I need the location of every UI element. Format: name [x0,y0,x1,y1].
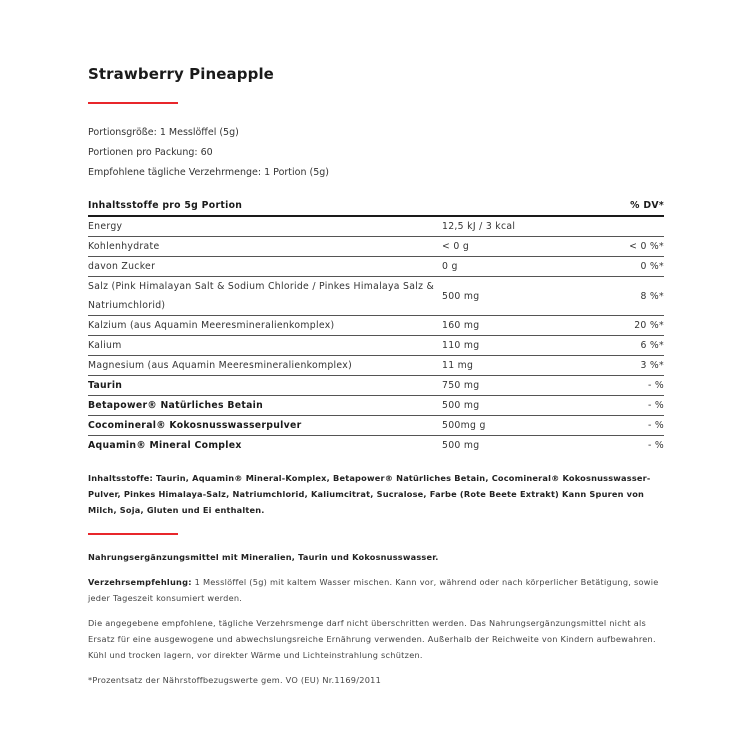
table-row: Taurin750 mg- % [88,376,664,396]
table-row: Kohlenhydrate< 0 g< 0 %* [88,237,664,257]
nutrient-name: Kalzium (aus Aquamin Meeresmineralienkom… [88,316,442,336]
header-name: Inhaltsstoffe pro 5g Portion [88,196,442,216]
nutrient-name: Salz (Pink Himalayan Salt & Sodium Chlor… [88,277,442,316]
table-row: davon Zucker0 g0 %* [88,257,664,277]
product-claim: Nahrungsergänzungsmittel mit Mineralien,… [88,549,664,565]
nutrient-name: Betapower® Natürliches Betain [88,396,442,416]
nutrient-dv: 6 %* [592,336,664,356]
serving-size: Portionsgröße: 1 Messlöffel (5g) [88,123,664,143]
servings-per-pack: Portionen pro Packung: 60 [88,143,664,163]
nutrient-amount: 160 mg [442,316,592,336]
ingredients-text: Inhaltsstoffe: Taurin, Aquamin® Mineral-… [88,470,664,518]
table-row: Cocomineral® Kokosnusswasserpulver500mg … [88,416,664,436]
nutrient-amount: 11 mg [442,356,592,376]
nutrition-table-body: Energy12,5 kJ / 3 kcalKohlenhydrate< 0 g… [88,216,664,455]
table-row: Magnesium (aus Aquamin Meeresmineralienk… [88,356,664,376]
nutrition-table: Inhaltsstoffe pro 5g Portion % DV* Energ… [88,196,664,455]
table-row: Kalzium (aus Aquamin Meeresmineralienkom… [88,316,664,336]
nutrient-dv: - % [592,436,664,456]
nutrient-dv: 8 %* [592,277,664,316]
accent-divider [88,102,178,104]
nutrient-dv: - % [592,376,664,396]
table-row: Betapower® Natürliches Betain500 mg- % [88,396,664,416]
header-amount [442,196,592,216]
table-header-row: Inhaltsstoffe pro 5g Portion % DV* [88,196,664,216]
accent-divider-2 [88,533,178,535]
nutrient-dv: - % [592,416,664,436]
nutrient-dv [592,216,664,237]
nutrient-dv: 0 %* [592,257,664,277]
nutrient-name: Energy [88,216,442,237]
nutrient-amount: < 0 g [442,237,592,257]
usage-label: Verzehrsempfehlung: [88,577,192,587]
recommended-daily-intake: Empfohlene tägliche Verzehrmenge: 1 Port… [88,163,664,183]
header-dv: % DV* [592,196,664,216]
nutrient-name: Aquamin® Mineral Complex [88,436,442,456]
nutrient-amount: 110 mg [442,336,592,356]
table-row: Aquamin® Mineral Complex500 mg- % [88,436,664,456]
nutrient-name: Magnesium (aus Aquamin Meeresmineralienk… [88,356,442,376]
nutrient-amount: 750 mg [442,376,592,396]
nutrient-amount: 500 mg [442,277,592,316]
serving-info: Portionsgröße: 1 Messlöffel (5g) Portion… [88,123,664,183]
nutrient-name: Kalium [88,336,442,356]
nutrient-name: Kohlenhydrate [88,237,442,257]
nutrition-label: Strawberry Pineapple Portionsgröße: 1 Me… [88,64,664,688]
nutrient-amount: 0 g [442,257,592,277]
nutrient-name: Taurin [88,376,442,396]
footnote: *Prozentsatz der Nährstoffbezugswerte ge… [88,672,664,688]
nutrient-amount: 500 mg [442,436,592,456]
nutrient-amount: 500 mg [442,396,592,416]
nutrient-dv: < 0 %* [592,237,664,257]
nutrient-amount: 12,5 kJ / 3 kcal [442,216,592,237]
nutrient-name: davon Zucker [88,257,442,277]
nutrient-dv: - % [592,396,664,416]
nutrient-dv: 20 %* [592,316,664,336]
nutrient-dv: 3 %* [592,356,664,376]
table-row: Energy12,5 kJ / 3 kcal [88,216,664,237]
usage-recommendation: Verzehrsempfehlung: 1 Messlöffel (5g) mi… [88,574,664,606]
table-row: Salz (Pink Himalayan Salt & Sodium Chlor… [88,277,664,316]
warning-text: Die angegebene empfohlene, tägliche Verz… [88,615,664,663]
nutrient-amount: 500mg g [442,416,592,436]
nutrient-name: Cocomineral® Kokosnusswasserpulver [88,416,442,436]
table-row: Kalium110 mg6 %* [88,336,664,356]
product-title: Strawberry Pineapple [88,64,664,84]
